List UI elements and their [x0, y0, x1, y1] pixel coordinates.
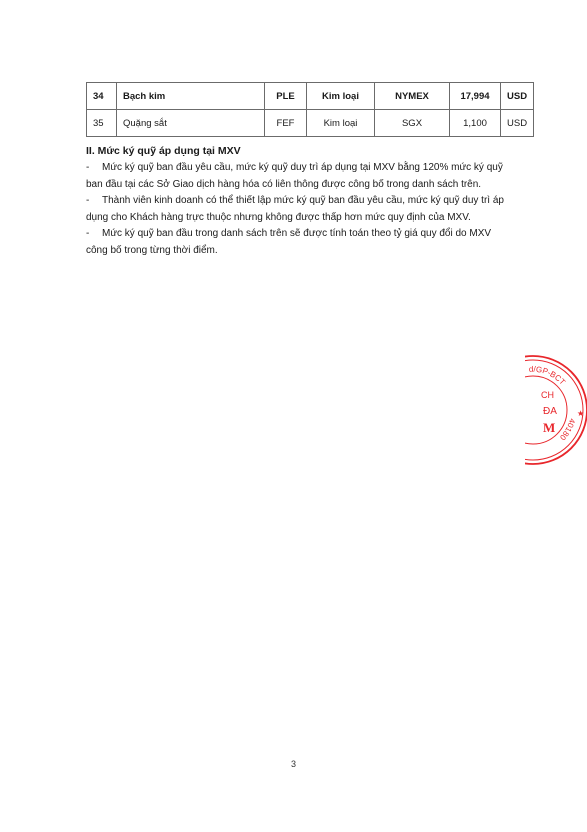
section-paragraph: -Mức ký quỹ ban đầu trong danh sách trên… — [86, 226, 536, 259]
commodity-code-cell: FEF — [265, 110, 307, 137]
currency-cell: USD — [501, 83, 534, 110]
company-seal-stamp: d/GP-BCT 40180 CH ĐA M ★ — [525, 352, 587, 467]
margin-section: II. Mức ký quỹ áp dụng tại MXV -Mức ký q… — [86, 143, 536, 260]
svg-text:ĐA: ĐA — [543, 406, 557, 417]
svg-text:CH: CH — [541, 390, 554, 400]
svg-text:★: ★ — [577, 409, 584, 418]
initial-margin-cell: 1,100 — [450, 110, 501, 137]
document-page: 34Bạch kimPLEKim loạiNYMEX17,994USD35Quặ… — [0, 0, 587, 832]
section-heading: II. Mức ký quỹ áp dụng tại MXV — [86, 143, 536, 160]
table-row: 34Bạch kimPLEKim loạiNYMEX17,994USD — [87, 83, 534, 110]
currency-cell: USD — [501, 110, 534, 137]
exchange-cell: SGX — [375, 110, 450, 137]
bullet-dash: - — [86, 226, 102, 243]
seal-icon: d/GP-BCT 40180 CH ĐA M ★ — [525, 352, 587, 467]
table-row: 35Quặng sắtFEFKim loạiSGX1,100USD — [87, 110, 534, 137]
commodity-code-cell: PLE — [265, 83, 307, 110]
svg-text:M: M — [543, 420, 555, 435]
commodity-group-cell: Kim loại — [307, 83, 375, 110]
bullet-dash: - — [86, 160, 102, 177]
section-paragraph: -Thành viên kinh doanh có thể thiết lập … — [86, 193, 536, 226]
commodity-group-cell: Kim loại — [307, 110, 375, 137]
exchange-cell: NYMEX — [375, 83, 450, 110]
page-number: 3 — [0, 759, 587, 769]
row-number-cell: 35 — [87, 110, 117, 137]
commodity-name-cell: Bạch kim — [117, 83, 265, 110]
bullet-dash: - — [86, 193, 102, 210]
row-number-cell: 34 — [87, 83, 117, 110]
commodity-name-cell: Quặng sắt — [117, 110, 265, 137]
section-paragraph: -Mức ký quỹ ban đầu yêu cầu, mức ký quỹ … — [86, 160, 536, 193]
initial-margin-cell: 17,994 — [450, 83, 501, 110]
margin-table: 34Bạch kimPLEKim loạiNYMEX17,994USD35Quặ… — [86, 82, 534, 137]
